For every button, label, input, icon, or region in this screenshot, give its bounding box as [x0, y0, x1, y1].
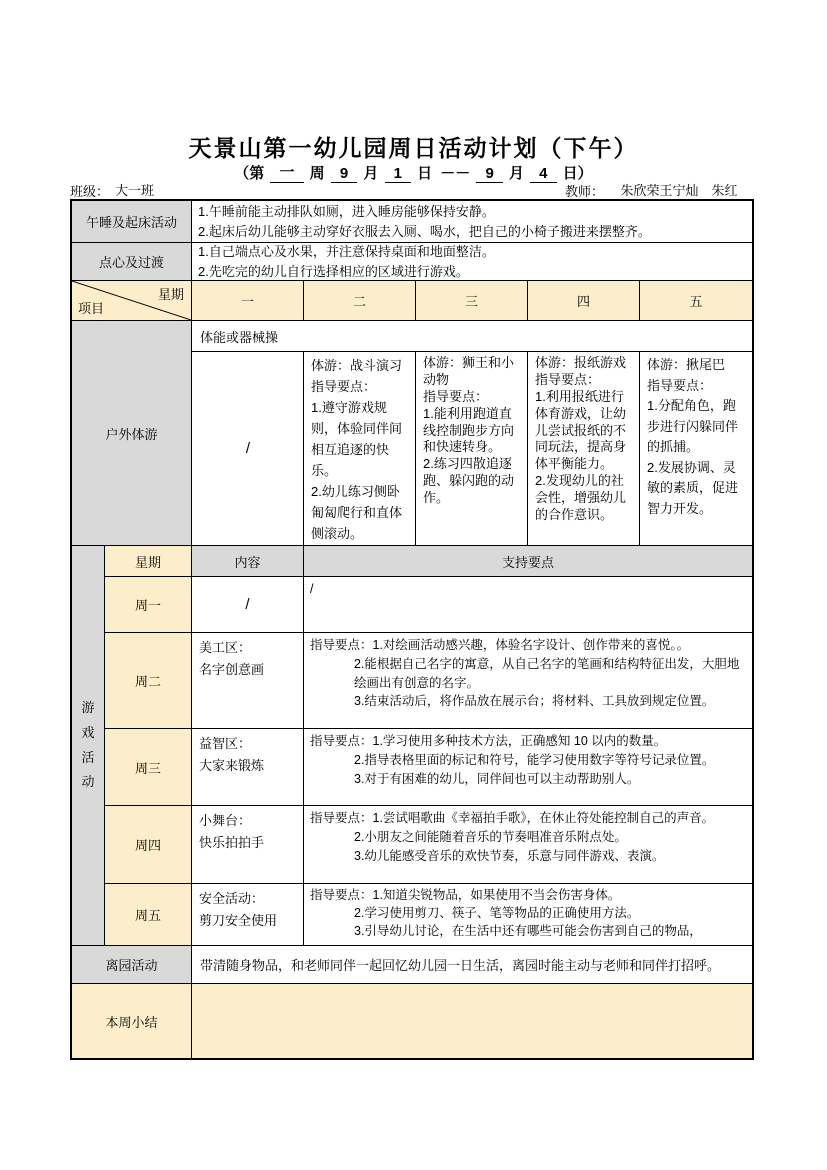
outdoor-thu-activity: 体游：报纸游戏 指导要点： 1.利用报纸进行体育游戏，让幼儿尝试报纸的不同玩法，…	[528, 352, 640, 546]
nap-row-label: 午睡及起床活动	[72, 201, 192, 243]
day-header-tue: 二	[304, 281, 416, 321]
games-row-fri-day: 周五	[105, 884, 192, 946]
meta-row: 班级： 大一班 教师： 朱欣荣王宁灿 朱红	[70, 180, 754, 200]
leaving-row-label: 离园活动	[72, 946, 192, 984]
teacher-group: 教师： 朱欣荣王宁灿 朱红	[565, 180, 754, 200]
outdoor-section-label: 户外体游	[72, 321, 192, 546]
day-header-wed: 三	[416, 281, 528, 321]
weekly-plan-table: 午睡及起床活动 1.午睡前能主动排队如厕，进入睡房能够保持安静。 2.起床后幼儿…	[70, 199, 754, 1060]
games-row-fri-content: 安全活动： 剪刀安全使用	[192, 884, 304, 946]
games-section-label: 游戏活动	[72, 546, 105, 946]
games-row-mon-day: 周一	[105, 577, 192, 633]
day-header-thu: 四	[528, 281, 640, 321]
leaving-row-text: 带清随身物品，和老师同伴一起回忆幼儿园一日生活，离园时能主动与老师和同伴打招呼。	[192, 946, 752, 984]
games-row-fri-support: 指导要点：1.知道尖锐物品，如果使用不当会伤害身体。 2.学习使用剪刀、筷子、笔…	[304, 884, 752, 946]
page-title: 天景山第一幼儿园周日活动计划（下午）	[0, 130, 827, 163]
day-header-fri: 五	[640, 281, 752, 321]
matrix-corner-cell: 星期 项目	[72, 281, 192, 321]
outdoor-subheader: 体能或器械操	[192, 321, 752, 352]
games-row-mon-support: /	[304, 577, 752, 633]
corner-week-label: 星期	[158, 284, 184, 303]
games-header-week: 星期	[105, 546, 192, 577]
games-row-tue-content: 美工区： 名字创意画	[192, 633, 304, 729]
outdoor-mon-placeholder: /	[192, 352, 304, 546]
leaving-row-text-content: 带清随身物品，和老师同伴一起回忆幼儿园一日生活，离园时能主动与老师和同伴打招呼。	[200, 955, 720, 974]
outdoor-tue-activity: 体游：战斗演习 指导要点： 1.遵守游戏规则，体验同伴间相互追逐的快乐。 2.幼…	[304, 352, 416, 546]
games-row-thu-content: 小舞台： 快乐拍拍手	[192, 806, 304, 884]
nap-row-text: 1.午睡前能主动排队如厕，进入睡房能够保持安静。 2.起床后幼儿能够主动穿好衣服…	[192, 201, 752, 243]
corner-item-label: 项目	[78, 298, 104, 317]
games-row-thu-support: 指导要点：1.尝试唱歌曲《幸福拍手歌》，在休止符处能控制自己的声音。 2.小朋友…	[304, 806, 752, 884]
summary-row-label: 本周小结	[72, 984, 192, 1058]
class-group: 班级： 大一班	[70, 180, 188, 200]
snack-row-text-content: 1.自己端点心及水果，并注意保持桌面和地面整洁。 2.先吃完的幼儿自行选择相应的…	[198, 242, 746, 281]
teacher-value[interactable]: 朱欣荣王宁灿 朱红	[604, 180, 754, 200]
snack-row-label: 点心及过渡	[72, 243, 192, 281]
document-page: 天景山第一幼儿园周日活动计划（下午） （第 一 周 9 月 1 日 －－ 9 月…	[0, 0, 827, 1170]
games-header-content: 内容	[192, 546, 304, 577]
day-header-mon: 一	[192, 281, 304, 321]
teacher-label: 教师：	[565, 181, 604, 200]
outdoor-fri-activity: 体游：揪尾巴 指导要点： 1.分配角色，跑步进行闪躲同伴的抓捕。 2.发展协调、…	[640, 352, 752, 546]
class-value[interactable]: 大一班	[109, 180, 188, 200]
outdoor-wed-activity: 体游：狮王和小动物 指导要点： 1.能利用跑道直线控制跑步方向和快速转身。 2.…	[416, 352, 528, 546]
games-row-tue-day: 周二	[105, 633, 192, 729]
games-row-thu-day: 周四	[105, 806, 192, 884]
games-row-tue-support: 指导要点：1.对绘画活动感兴趣，体验名字设计、创作带来的喜悦。。 2.能根据自己…	[304, 633, 752, 729]
class-label: 班级：	[70, 181, 109, 200]
games-section-label-text: 游戏活动	[81, 696, 96, 795]
games-header-support: 支持要点	[304, 546, 752, 577]
summary-row-input[interactable]	[192, 984, 752, 1058]
games-row-wed-day: 周三	[105, 729, 192, 806]
games-row-mon-content: /	[192, 577, 304, 633]
games-row-wed-content: 益智区： 大家来锻炼	[192, 729, 304, 806]
nap-row-text-content: 1.午睡前能主动排队如厕，进入睡房能够保持安静。 2.起床后幼儿能够主动穿好衣服…	[198, 202, 746, 241]
snack-row-text: 1.自己端点心及水果，并注意保持桌面和地面整洁。 2.先吃完的幼儿自行选择相应的…	[192, 243, 752, 281]
games-row-wed-support: 指导要点：1.学习使用多种技术方法，正确感知 10 以内的数量。 2.指导表格里…	[304, 729, 752, 806]
